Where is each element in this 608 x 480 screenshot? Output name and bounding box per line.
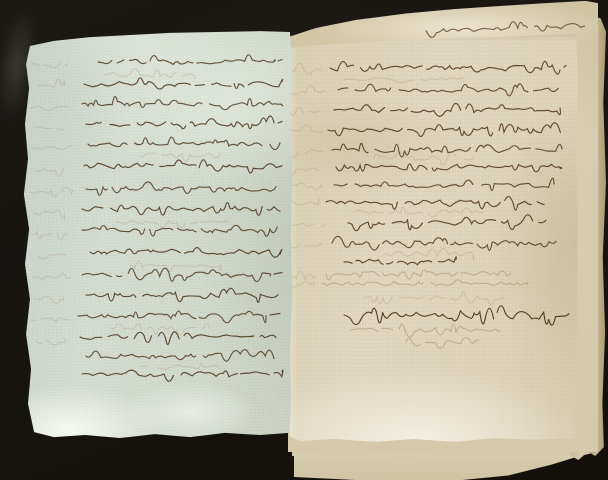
margin-bleed-mark: [32, 232, 68, 240]
handwriting-line: [334, 178, 554, 190]
handwriting-line: [328, 123, 560, 137]
bleedthrough-line: [384, 248, 474, 259]
handwriting-line: [82, 370, 283, 381]
margin-bleed-mark: [32, 63, 68, 68]
left-page-handwriting: [20, 24, 296, 446]
bleedthrough-line: [116, 220, 227, 227]
handwriting-line: [84, 78, 283, 89]
margin-bleed-mark: [34, 210, 65, 219]
right-page-handwriting: [284, 30, 580, 444]
margin-bleed-mark: [38, 79, 65, 87]
margin-bleed-mark: [32, 273, 70, 279]
manuscript-photo: [0, 0, 608, 480]
bleedthrough-line: [364, 292, 505, 305]
manuscript-left-page: [20, 24, 296, 446]
bleedthrough-line: [140, 364, 220, 370]
margin-bleed-mark: [30, 187, 73, 196]
bleedthrough-line: [104, 68, 195, 78]
handwriting-line: [350, 324, 500, 337]
margin-bleed-mark: [290, 244, 322, 248]
handwriting-line: [326, 270, 511, 280]
handwriting-line: [344, 257, 456, 265]
manuscript-right-page: [284, 30, 580, 444]
margin-bleed-mark: [34, 127, 64, 130]
handwriting-line: [90, 248, 282, 258]
margin-bleed-mark: [30, 106, 68, 111]
handwriting-line: [330, 61, 566, 74]
handwriting-line: [406, 337, 478, 348]
bleedthrough-line: [344, 78, 464, 83]
margin-bleed-mark: [32, 146, 72, 150]
handwriting-line: [98, 55, 282, 65]
handwriting-line: [326, 197, 544, 211]
handwriting-line: [348, 215, 546, 231]
handwriting-line: [338, 84, 558, 96]
handwriting-line: [88, 137, 280, 150]
margin-bleed-mark: [290, 168, 318, 174]
handwriting-line: [336, 164, 562, 172]
handwriting-line: [344, 306, 569, 325]
margin-bleed-mark: [286, 125, 323, 132]
handwriting-line: [82, 203, 280, 216]
margin-bleed-mark: [290, 108, 320, 116]
handwriting-line: [334, 103, 560, 116]
handwriting-line: [86, 350, 274, 362]
bleedthrough-line: [130, 261, 221, 271]
handwriting-line: [80, 332, 276, 345]
handwriting-line: [322, 280, 528, 286]
margin-bleed-mark: [286, 223, 326, 226]
margin-bleed-mark: [38, 254, 66, 259]
margin-bleed-mark: [288, 199, 320, 205]
bleedthrough-line: [374, 152, 474, 165]
margin-bleed-mark: [30, 318, 70, 322]
margin-bleed-mark: [34, 297, 64, 304]
handwriting-line: [82, 268, 282, 281]
handwriting-line: [86, 182, 276, 195]
handwriting-line: [86, 116, 282, 129]
margin-bleed-mark: [36, 339, 66, 345]
bleedthrough-line: [354, 207, 484, 217]
handwriting-line: [78, 311, 280, 323]
margin-bleed-mark: [288, 150, 322, 158]
handwriting-line: [332, 143, 562, 157]
handwriting-line: [82, 97, 283, 110]
margin-bleed-mark: [286, 86, 325, 95]
handwriting-line: [84, 160, 282, 173]
margin-bleed-mark: [36, 169, 64, 177]
handwriting-line: [86, 288, 278, 302]
margin-bleed-mark: [288, 63, 320, 74]
